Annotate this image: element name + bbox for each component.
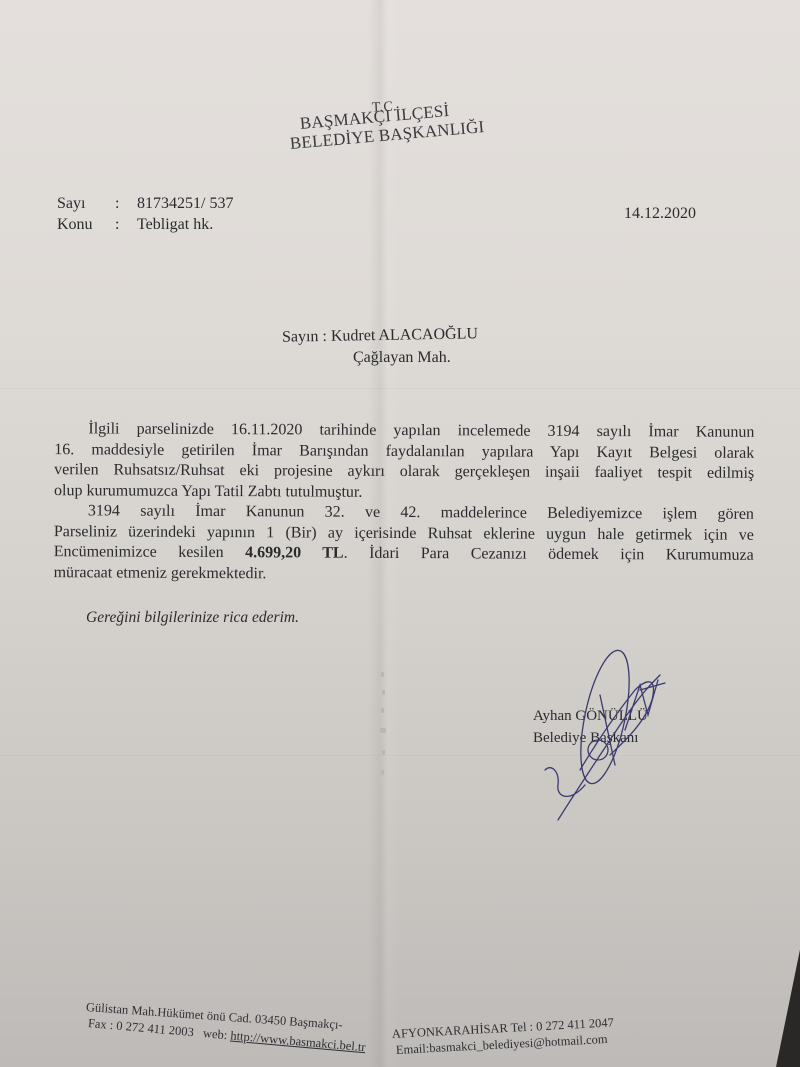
sayi-label: Sayı xyxy=(57,195,115,213)
recipient-salutation: Sayın : Kudret ALACAOĞLU xyxy=(282,325,478,346)
body-text-fragment: Encümenimizce kesilen xyxy=(54,543,224,561)
sayi-value: 81734251/ 537 xyxy=(137,195,233,212)
footer-web-link[interactable]: http://www.basmakci.bel.tr xyxy=(230,1028,366,1054)
sayi-separator: : xyxy=(115,195,137,213)
konu-row: Konu:Tebligat hk. xyxy=(57,216,213,234)
body-text-fragment: . İdari Para Cezanızı ödemek için Kurumu… xyxy=(344,545,754,564)
konu-label: Konu xyxy=(57,216,115,234)
konu-separator: : xyxy=(115,216,137,234)
paragraph-2: 3194 sayılı İmar Kanunun 32. ve 42. madd… xyxy=(54,501,754,587)
paper-fold xyxy=(0,388,800,390)
letter-body: İlgili parselinizde 16.11.2020 tarihinde… xyxy=(54,419,755,587)
paper-fold xyxy=(0,755,800,757)
footer-web-label: web: xyxy=(203,1026,228,1042)
body-line: müracaat etmeniz gerekmektedir. xyxy=(54,563,754,587)
konu-value: Tebligat hk. xyxy=(137,216,213,233)
fine-amount: 4.699,20 TL xyxy=(245,544,344,562)
paragraph-1: İlgili parselinizde 16.11.2020 tarihinde… xyxy=(54,419,754,505)
paper-specks xyxy=(376,672,390,782)
letter-date: 14.12.2020 xyxy=(624,205,696,223)
recipient-neighborhood: Çağlayan Mah. xyxy=(353,349,451,367)
sayi-row: Sayı:81734251/ 537 xyxy=(57,195,233,213)
closing-line: Gereğini bilgilerinize rica ederim. xyxy=(86,609,299,627)
letter-paper: T.C. BAŞMAKÇI İLÇESİ BELEDİYE BAŞKANLIĞI… xyxy=(0,0,800,1067)
signature-mark xyxy=(540,645,670,835)
